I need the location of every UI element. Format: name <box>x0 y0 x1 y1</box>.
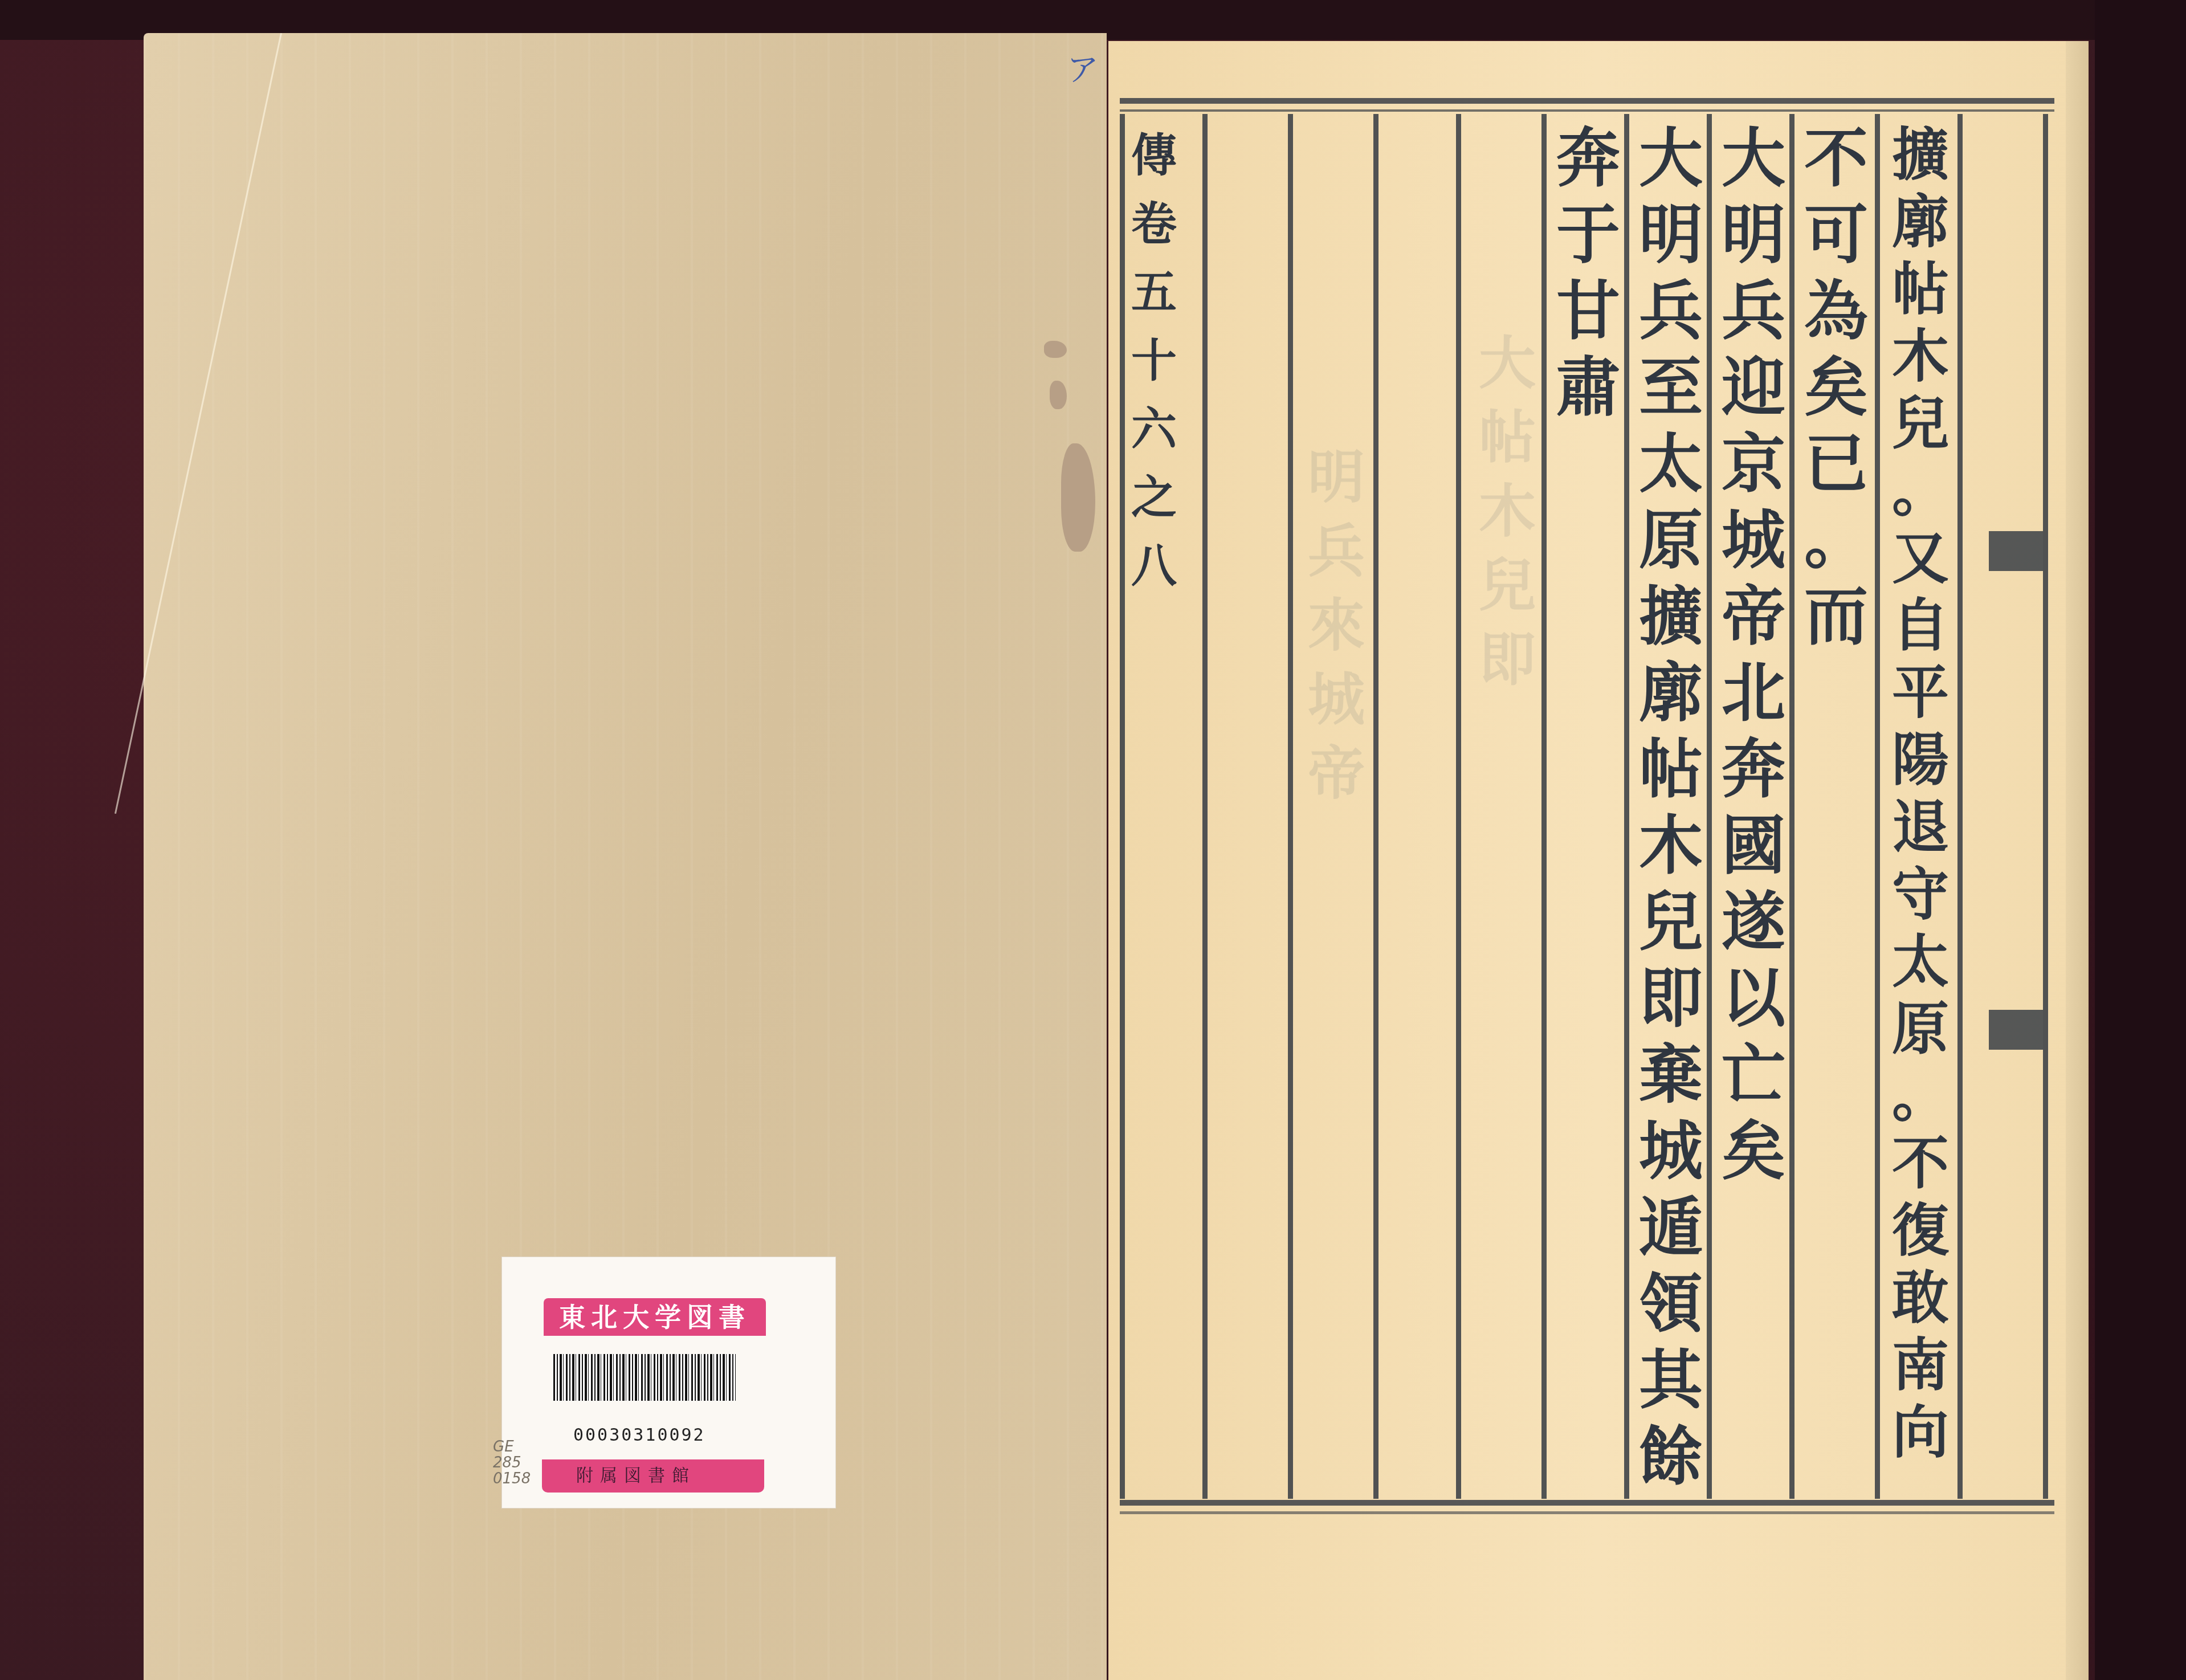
text-char: 即 <box>1639 961 1703 1037</box>
text-char: 于 <box>1556 197 1620 274</box>
gutter-char: 十 <box>1131 326 1177 394</box>
text-char: 廓 <box>1639 655 1703 732</box>
text-char: 帖 <box>1639 732 1703 808</box>
call-number-line: GE <box>493 1439 539 1455</box>
text-char: 已 <box>1804 426 1868 503</box>
text-char: 兵 <box>1639 274 1703 350</box>
text-char: 奔 <box>1556 121 1620 197</box>
text-char: 國 <box>1722 808 1785 884</box>
frame-border-bottom-inner <box>1120 1511 2054 1514</box>
text-char: 而 <box>1804 579 1868 655</box>
text-char: 。 <box>1804 503 1868 579</box>
text-char: 明 <box>1722 197 1785 274</box>
text-column-1: 擴 廓 帖 木 兒 。 又 自 平 陽 退 守 太 原 。 不 復 敢 南 向 <box>1881 121 1960 1466</box>
text-char: 北 <box>1722 655 1785 732</box>
text-char: 平 <box>1892 659 1949 726</box>
text-column-5: 奔 于 甘 肅 <box>1548 121 1628 426</box>
text-char: 廓 <box>1892 188 1949 255</box>
text-char: 可 <box>1804 197 1868 274</box>
text-char: 南 <box>1892 1331 1949 1398</box>
bleed-through-text: 大帖木兒即 <box>1479 326 1536 696</box>
text-char: 帖 <box>1892 255 1949 323</box>
gutter-char: 五 <box>1131 258 1177 326</box>
column-rule <box>1202 114 1208 1499</box>
call-number: GE 285 0158 <box>493 1439 539 1487</box>
gutter-char: 八 <box>1131 531 1177 600</box>
text-char: 原 <box>1639 503 1703 579</box>
frame-border-bottom <box>1120 1500 2054 1506</box>
text-char: 兒 <box>1639 884 1703 961</box>
text-char: 木 <box>1639 808 1703 884</box>
text-char: 守 <box>1892 861 1949 928</box>
text-char: 又 <box>1892 524 1949 592</box>
text-char: 遂 <box>1722 884 1785 961</box>
paper-stain <box>1050 381 1067 409</box>
column-rule <box>2043 114 2048 1499</box>
fishtail-mark-lower <box>1989 1010 2043 1050</box>
text-column-2: 不 可 為 矣 已 。 而 <box>1796 121 1876 655</box>
library-label-title: 東北大学図書 <box>544 1298 766 1336</box>
text-char: 不 <box>1892 1129 1949 1197</box>
page-edge <box>2066 41 2089 1680</box>
text-char: 肅 <box>1556 350 1620 426</box>
text-char: 不 <box>1804 121 1868 197</box>
text-char: 太 <box>1892 928 1949 995</box>
text-char: 自 <box>1892 592 1949 659</box>
text-char: 兵 <box>1722 274 1785 350</box>
text-char: 餘 <box>1639 1419 1703 1495</box>
gutter-char: 六 <box>1131 394 1177 463</box>
call-number-line: 0158 <box>493 1471 539 1487</box>
call-number-line: 285 <box>493 1455 539 1471</box>
text-char: 甘 <box>1556 274 1620 350</box>
column-rule <box>1541 114 1547 1499</box>
text-char: 城 <box>1639 1114 1703 1190</box>
library-label-subtitle: 附属図書館 <box>542 1459 764 1493</box>
frame-border-top-inner <box>1120 109 2054 112</box>
text-char: 矣 <box>1804 350 1868 426</box>
text-char: 擴 <box>1892 121 1949 188</box>
text-char: 兒 <box>1892 390 1949 457</box>
cloth-background-right <box>2095 0 2186 1680</box>
gutter-char: 傳 <box>1131 121 1177 189</box>
paper-crease <box>115 33 282 814</box>
fishtail-mark-upper <box>1989 531 2043 571</box>
text-char: 遁 <box>1639 1190 1703 1266</box>
text-char: 領 <box>1639 1266 1703 1343</box>
text-char: 城 <box>1722 503 1785 579</box>
text-char: 。 <box>1892 1062 1949 1129</box>
column-rule <box>1288 114 1293 1499</box>
text-char: 原 <box>1892 995 1949 1062</box>
gutter-label: 傳 卷 五 十 六 之 八 <box>1120 121 1188 600</box>
text-char: 向 <box>1892 1398 1949 1466</box>
text-char: 太 <box>1639 426 1703 503</box>
text-char: 。 <box>1892 457 1949 524</box>
text-char: 亡 <box>1722 1037 1785 1114</box>
text-char: 擴 <box>1639 579 1703 655</box>
bleed-through-text: 明兵來城帝 <box>1308 440 1365 810</box>
text-char: 矣 <box>1722 1114 1785 1190</box>
gutter-char: 之 <box>1131 463 1177 531</box>
text-char: 大 <box>1722 121 1785 197</box>
text-char: 為 <box>1804 274 1868 350</box>
text-char: 至 <box>1639 350 1703 426</box>
text-char: 迎 <box>1722 350 1785 426</box>
text-char: 敢 <box>1892 1264 1949 1331</box>
column-rule <box>1456 114 1461 1499</box>
text-char: 帝 <box>1722 579 1785 655</box>
right-page: 明兵來城帝 大帖木兒即 傳 卷 五 十 六 之 八 奔 于 甘 肅 大 明 兵 … <box>1108 41 2089 1680</box>
pencil-mark: ア <box>1067 44 1099 90</box>
text-char: 明 <box>1639 197 1703 274</box>
column-rule <box>1373 114 1379 1499</box>
text-char: 退 <box>1892 793 1949 861</box>
text-char: 復 <box>1892 1197 1949 1264</box>
paper-stain <box>1061 443 1095 552</box>
barcode <box>553 1354 736 1401</box>
text-column-3: 大 明 兵 迎 京 城 帝 北 奔 國 遂 以 亡 矣 <box>1714 121 1793 1190</box>
text-column-4: 大 明 兵 至 太 原 擴 廓 帖 木 兒 即 棄 城 遁 領 其 餘 <box>1631 121 1711 1495</box>
text-char: 以 <box>1722 961 1785 1037</box>
text-char: 京 <box>1722 426 1785 503</box>
text-char: 木 <box>1892 323 1949 390</box>
text-char: 其 <box>1639 1343 1703 1419</box>
text-char: 大 <box>1639 121 1703 197</box>
barcode-number: 00030310092 <box>573 1425 705 1445</box>
library-label: 東北大学図書 00030310092 附属図書館 <box>501 1257 836 1508</box>
text-char: 陽 <box>1892 726 1949 793</box>
text-char: 奔 <box>1722 732 1785 808</box>
gutter-char: 卷 <box>1131 189 1177 258</box>
frame-border-top <box>1120 98 2054 104</box>
text-char: 棄 <box>1639 1037 1703 1114</box>
paper-stain <box>1044 341 1067 358</box>
